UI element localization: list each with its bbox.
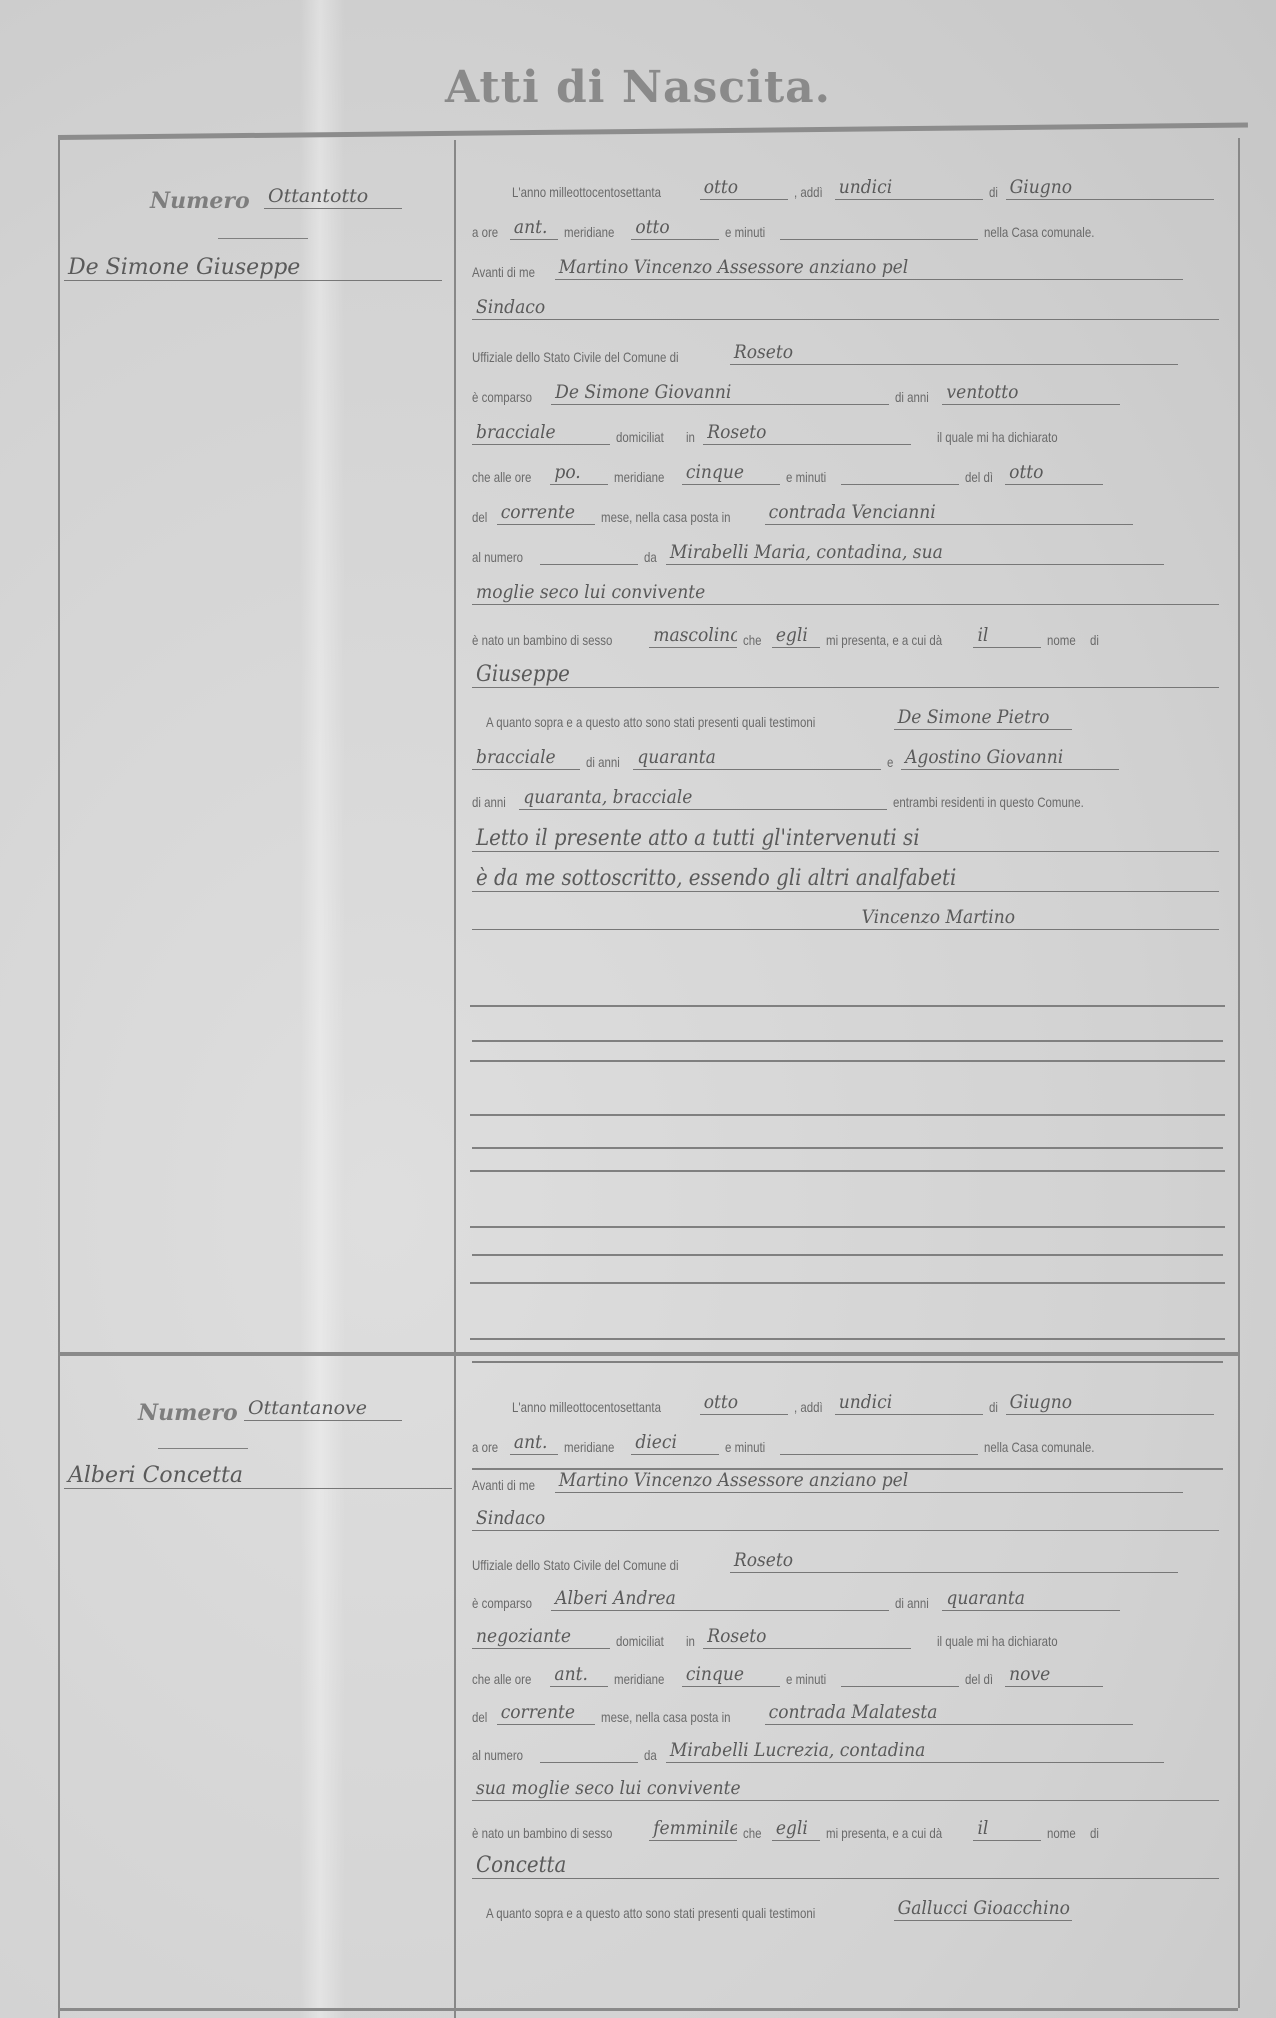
handwritten-field: egli <box>772 1816 820 1841</box>
handwritten-value: quaranta <box>946 1587 1025 1609</box>
handwritten-field <box>841 460 959 485</box>
handwritten-value: egli <box>776 1817 808 1839</box>
numero-value: Ottantanove <box>248 1397 367 1419</box>
handwritten-value: De Simone Giovanni <box>555 381 731 403</box>
row-testimoni: A quanto sopra e a questo atto sono stat… <box>472 1891 1225 1921</box>
numero-underline <box>158 1448 248 1449</box>
handwritten-value: Gallucci Gioacchino <box>898 1897 1070 1919</box>
handwritten-value: moglie seco lui convivente <box>476 581 705 603</box>
row-signature: Vincenzo Martino <box>472 900 1225 930</box>
printed-label: , addì <box>794 184 823 200</box>
handwritten-value: otto <box>704 176 738 198</box>
row-domicilio: braccialedomiciliatinRosetoil quale mi h… <box>472 415 1225 445</box>
handwritten-value: il <box>977 1817 988 1839</box>
handwritten-value: ventotto <box>946 381 1018 403</box>
printed-label: e <box>887 754 893 770</box>
printed-label: da <box>644 1747 657 1763</box>
top-rule <box>58 123 1248 140</box>
document-page: Atti di Nascita. Numero Ottantotto De Si… <box>0 0 1276 2018</box>
row-note-1: Letto il presente atto a tutti gl'interv… <box>472 822 1225 852</box>
row-madre-cont: sua moglie seco lui convivente <box>472 1771 1225 1801</box>
handwritten-field: contrada Malatesta <box>765 1700 1133 1725</box>
handwritten-field: femminile <box>649 1816 737 1841</box>
handwritten-value: cinque <box>686 461 744 483</box>
blank-line <box>470 1114 1225 1116</box>
row-comparso: è comparsoAlberi Andreadi anniquaranta <box>472 1581 1225 1611</box>
handwritten-field: egli <box>772 623 820 648</box>
row-sesso: è nato un bambino di sessofemminilecheeg… <box>472 1811 1225 1841</box>
handwritten-field <box>780 215 978 240</box>
handwritten-field: Roseto <box>730 1548 1178 1573</box>
printed-label: meridiane <box>614 469 664 485</box>
numero-label: Numero <box>150 188 250 214</box>
handwritten-value: Sindaco <box>476 1507 545 1529</box>
blank-line <box>472 1040 1223 1042</box>
row-domicilio: negoziantedomiciliatinRosetoil quale mi … <box>472 1619 1225 1649</box>
printed-label: di anni <box>895 1595 929 1611</box>
printed-label: del dì <box>965 1671 993 1687</box>
handwritten-value: Roseto <box>707 421 766 443</box>
printed-label: nome <box>1047 1825 1076 1841</box>
handwritten-field: ant. <box>510 1430 558 1455</box>
handwritten-field: dieci <box>631 1430 719 1455</box>
handwritten-value: ant. <box>514 216 548 238</box>
handwritten-value: Letto il presente atto a tutti gl'interv… <box>476 827 920 851</box>
handwritten-value: egli <box>776 624 808 646</box>
row-ora-nascita: che alle orepo.meridianecinquee minutide… <box>472 455 1225 485</box>
margin-name: De Simone Giuseppe <box>68 256 300 280</box>
printed-label: mi presenta, e a cui dà <box>826 632 942 648</box>
printed-label: del <box>472 509 487 525</box>
handwritten-field: mascolino <box>649 623 737 648</box>
handwritten-value: cinque <box>686 1663 744 1685</box>
handwritten-value: contrada Vencianni <box>769 501 936 523</box>
handwritten-field: il <box>973 623 1041 648</box>
margin-name-field: De Simone Giuseppe <box>64 256 442 281</box>
printed-label: Uffiziale dello Stato Civile del Comune … <box>472 349 679 365</box>
handwritten-field: otto <box>700 1390 788 1415</box>
printed-label: meridiane <box>564 224 614 240</box>
printed-label: meridiane <box>614 1671 664 1687</box>
printed-label: che <box>743 632 762 648</box>
handwritten-field: otto <box>1005 460 1103 485</box>
printed-label: in <box>686 1633 695 1649</box>
printed-label: in <box>686 429 695 445</box>
row-testimoni: A quanto sopra e a questo atto sono stat… <box>472 700 1225 730</box>
handwritten-field: undici <box>835 175 983 200</box>
printed-label: Avanti di me <box>472 264 535 280</box>
record-1-margin: Numero Ottantotto De Simone Giuseppe <box>58 150 450 1350</box>
handwritten-field: Mirabelli Lucrezia, contadina <box>666 1738 1164 1763</box>
printed-label: di <box>1090 1825 1099 1841</box>
record-separator <box>58 1352 1238 1356</box>
printed-label: è nato un bambino di sesso <box>472 1825 612 1841</box>
printed-label: domiciliat <box>616 1633 664 1649</box>
blank-line <box>470 1226 1225 1228</box>
handwritten-value: Roseto <box>707 1625 766 1647</box>
printed-label: entrambi residenti in questo Comune. <box>893 794 1084 810</box>
row-madre: al numerodaMirabelli Lucrezia, contadina <box>472 1733 1225 1763</box>
handwritten-value: contrada Malatesta <box>769 1701 938 1723</box>
printed-label: A quanto sopra e a questo atto sono stat… <box>486 1905 815 1921</box>
handwritten-value: Mirabelli Lucrezia, contadina <box>670 1739 925 1761</box>
handwritten-value: corrente <box>501 1701 575 1723</box>
printed-label: mese, nella casa posta in <box>601 509 731 525</box>
handwritten-value: Alberi Andrea <box>555 1587 676 1609</box>
printed-label: nella Casa comunale. <box>984 224 1094 240</box>
printed-label: di anni <box>586 754 620 770</box>
printed-label: mese, nella casa posta in <box>601 1709 731 1725</box>
row-note-2: è da me sottoscritto, essendo gli altri … <box>472 862 1225 892</box>
printed-label: e minuti <box>786 1671 826 1687</box>
printed-label: del <box>472 1709 487 1725</box>
handwritten-value: Agostino Giovanni <box>905 746 1063 768</box>
numero-value-field: Ottantanove <box>244 1396 402 1421</box>
row-ore: a oreant.meridianeottoe minutinella Casa… <box>472 210 1225 240</box>
handwritten-value: femminile <box>653 1817 737 1839</box>
handwritten-value: negoziante <box>476 1625 571 1647</box>
handwritten-field: Sindaco <box>472 295 1219 320</box>
handwritten-value: ant. <box>514 1431 548 1453</box>
handwritten-field: corrente <box>497 500 595 525</box>
numero-underline <box>218 238 308 239</box>
printed-label: del dì <box>965 469 993 485</box>
blank-line <box>470 1005 1225 1007</box>
handwritten-field: undici <box>835 1390 983 1415</box>
handwritten-value: mascolino <box>653 624 737 646</box>
printed-label: è comparso <box>472 1595 532 1611</box>
printed-label: e minuti <box>786 469 826 485</box>
handwritten-value: sua moglie seco lui convivente <box>476 1777 741 1799</box>
handwritten-value: quaranta <box>637 746 716 768</box>
row-madre-cont: moglie seco lui convivente <box>472 575 1225 605</box>
blank-line <box>470 1282 1225 1284</box>
printed-label: di <box>989 1399 998 1415</box>
handwritten-field: Giugno <box>1006 175 1214 200</box>
handwritten-field: Letto il presente atto a tutti gl'interv… <box>472 827 1219 852</box>
printed-label: e minuti <box>725 1439 765 1455</box>
handwritten-field: quaranta <box>942 1586 1120 1611</box>
printed-label: che alle ore <box>472 1671 531 1687</box>
handwritten-field <box>841 1662 959 1687</box>
printed-label: da <box>644 549 657 565</box>
handwritten-field: il <box>973 1816 1041 1841</box>
handwritten-field: cinque <box>682 1662 780 1687</box>
handwritten-field: Gallucci Gioacchino <box>894 1896 1072 1921</box>
printed-label: A quanto sopra e a questo atto sono stat… <box>486 714 815 730</box>
margin-name: Alberi Concetta <box>68 1464 243 1488</box>
handwritten-field <box>780 1430 978 1455</box>
handwritten-field: De Simone Pietro <box>894 705 1072 730</box>
printed-label: al numero <box>472 549 523 565</box>
numero-value-field: Ottantotto <box>264 184 402 209</box>
row-anno: L'anno milleottocentosettantaotto, addìu… <box>472 170 1225 200</box>
printed-label: a ore <box>472 1439 498 1455</box>
handwritten-value: otto <box>635 216 669 238</box>
handwritten-value: undici <box>839 1391 892 1413</box>
row-ora-nascita: che alle oreant.meridianecinquee minutid… <box>472 1657 1225 1687</box>
handwritten-field <box>540 1738 638 1763</box>
handwritten-field: Vincenzo Martino <box>472 905 1219 930</box>
printed-label: Avanti di me <box>472 1477 535 1493</box>
numero-value: Ottantotto <box>268 185 368 207</box>
handwritten-field: Giuseppe <box>472 663 1219 688</box>
handwritten-field: otto <box>700 175 788 200</box>
row-avanti: Avanti di meMartino Vincenzo Assessore a… <box>472 1463 1225 1493</box>
printed-label: al numero <box>472 1747 523 1763</box>
row-comparso: è comparsoDe Simone Giovannidi annivento… <box>472 375 1225 405</box>
handwritten-value: De Simone Pietro <box>898 706 1050 728</box>
right-border <box>1238 138 1240 2008</box>
handwritten-value: bracciale <box>476 746 556 768</box>
handwritten-field: nove <box>1005 1662 1103 1687</box>
row-avanti-cont: Sindaco <box>472 1501 1225 1531</box>
handwritten-field: sua moglie seco lui convivente <box>472 1776 1219 1801</box>
row-ufficiale: Uffiziale dello Stato Civile del Comune … <box>472 1543 1225 1573</box>
printed-label: Uffiziale dello Stato Civile del Comune … <box>472 1557 679 1573</box>
printed-label: nella Casa comunale. <box>984 1439 1094 1455</box>
handwritten-value: Giugno <box>1010 1391 1072 1413</box>
handwritten-field: cinque <box>682 460 780 485</box>
printed-label: , addì <box>794 1399 823 1415</box>
handwritten-value: otto <box>1009 461 1043 483</box>
handwritten-value: dieci <box>635 1431 677 1453</box>
row-sesso: è nato un bambino di sessomascolinocheeg… <box>472 618 1225 648</box>
handwritten-field: moglie seco lui convivente <box>472 580 1219 605</box>
column-divider <box>454 140 456 2018</box>
printed-label: meridiane <box>564 1439 614 1455</box>
numero-label: Numero <box>138 1400 238 1426</box>
signature: Vincenzo Martino <box>862 906 1015 928</box>
printed-label: L'anno milleottocentosettanta <box>512 1399 661 1415</box>
row-anno: L'anno milleottocentosettantaotto, addìu… <box>472 1385 1225 1415</box>
handwritten-field: ventotto <box>942 380 1120 405</box>
handwritten-value: il <box>977 624 988 646</box>
handwritten-field: Concetta <box>472 1854 1219 1879</box>
row-casa-posta: delcorrentemese, nella casa posta incont… <box>472 1695 1225 1725</box>
printed-label: il quale mi ha dichiarato <box>937 1633 1058 1649</box>
handwritten-field: è da me sottoscritto, essendo gli altri … <box>472 867 1219 892</box>
handwritten-value: Giugno <box>1010 176 1072 198</box>
handwritten-field: ant. <box>550 1662 608 1687</box>
handwritten-field <box>540 540 638 565</box>
record-2-margin: Numero Ottantanove Alberi Concetta <box>58 1360 450 2010</box>
handwritten-field: Martino Vincenzo Assessore anziano pel <box>555 255 1183 280</box>
printed-label: è nato un bambino di sesso <box>472 632 612 648</box>
handwritten-value: po. <box>554 461 580 483</box>
handwritten-field: quaranta <box>633 745 881 770</box>
handwritten-value: bracciale <box>476 421 556 443</box>
blank-line <box>472 1147 1223 1149</box>
handwritten-field: Agostino Giovanni <box>901 745 1119 770</box>
handwritten-field: quaranta, bracciale <box>519 785 887 810</box>
handwritten-value: quaranta, bracciale <box>523 786 692 808</box>
printed-label: che <box>743 1825 762 1841</box>
printed-label: il quale mi ha dichiarato <box>937 429 1058 445</box>
handwritten-value: Sindaco <box>476 296 545 318</box>
row-avanti: Avanti di meMartino Vincenzo Assessore a… <box>472 250 1225 280</box>
blank-line <box>470 1170 1225 1172</box>
printed-label: di <box>1090 632 1099 648</box>
handwritten-field: Martino Vincenzo Assessore anziano pel <box>555 1468 1183 1493</box>
handwritten-field: corrente <box>497 1700 595 1725</box>
printed-label: L'anno milleottocentosettanta <box>512 184 661 200</box>
printed-label: di anni <box>472 794 506 810</box>
handwritten-value: Giuseppe <box>476 663 570 687</box>
page-title: Atti di Nascita. <box>0 62 1276 113</box>
blank-line <box>472 1361 1223 1363</box>
handwritten-value: è da me sottoscritto, essendo gli altri … <box>476 867 956 891</box>
row-madre: al numerodaMirabelli Maria, contadina, s… <box>472 535 1225 565</box>
printed-label: di anni <box>895 389 929 405</box>
margin-name-field: Alberi Concetta <box>64 1464 452 1489</box>
handwritten-value: Martino Vincenzo Assessore anziano pel <box>559 1469 908 1491</box>
handwritten-field: Mirabelli Maria, contadina, sua <box>666 540 1164 565</box>
printed-label: e minuti <box>725 224 765 240</box>
handwritten-field: ant. <box>510 215 558 240</box>
printed-label: mi presenta, e a cui dà <box>826 1825 942 1841</box>
handwritten-field: contrada Vencianni <box>765 500 1133 525</box>
handwritten-field: Giugno <box>1006 1390 1214 1415</box>
handwritten-field: bracciale <box>472 420 610 445</box>
handwritten-value: nove <box>1009 1663 1050 1685</box>
handwritten-value: undici <box>839 176 892 198</box>
row-ufficiale: Uffiziale dello Stato Civile del Comune … <box>472 335 1225 365</box>
printed-label: domiciliat <box>616 429 664 445</box>
blank-line <box>470 1338 1225 1340</box>
handwritten-value: Roseto <box>734 341 793 363</box>
printed-label: che alle ore <box>472 469 531 485</box>
handwritten-value: Roseto <box>734 1549 793 1571</box>
handwritten-field: negoziante <box>472 1624 610 1649</box>
printed-label: a ore <box>472 224 498 240</box>
handwritten-value: Concetta <box>476 1854 566 1878</box>
blank-line <box>472 1254 1223 1256</box>
printed-label: è comparso <box>472 389 532 405</box>
handwritten-value: corrente <box>501 501 575 523</box>
printed-label: nome <box>1047 632 1076 648</box>
row-ore: a oreant.meridianediecie minutinella Cas… <box>472 1425 1225 1455</box>
printed-label: di <box>989 184 998 200</box>
row-nome: Giuseppe <box>472 658 1225 688</box>
handwritten-field: bracciale <box>472 745 580 770</box>
handwritten-field: otto <box>631 215 719 240</box>
row-casa-posta: delcorrentemese, nella casa posta incont… <box>472 495 1225 525</box>
handwritten-field: Roseto <box>703 420 911 445</box>
row-testimone-1: braccialedi anniquarantaeAgostino Giovan… <box>472 740 1225 770</box>
handwritten-value: otto <box>704 1391 738 1413</box>
handwritten-value: ant. <box>554 1663 588 1685</box>
row-avanti-cont: Sindaco <box>472 290 1225 320</box>
handwritten-field: Roseto <box>730 340 1178 365</box>
handwritten-field: Sindaco <box>472 1506 1219 1531</box>
handwritten-field: De Simone Giovanni <box>551 380 889 405</box>
row-nome: Concetta <box>472 1849 1225 1879</box>
handwritten-field: Roseto <box>703 1624 911 1649</box>
handwritten-value: Mirabelli Maria, contadina, sua <box>670 541 943 563</box>
row-testimone-2: di anniquaranta, braccialeentrambi resid… <box>472 780 1225 810</box>
blank-line <box>470 1060 1225 1062</box>
handwritten-field: po. <box>550 460 608 485</box>
handwritten-field: Alberi Andrea <box>551 1586 889 1611</box>
handwritten-value: Martino Vincenzo Assessore anziano pel <box>559 256 908 278</box>
